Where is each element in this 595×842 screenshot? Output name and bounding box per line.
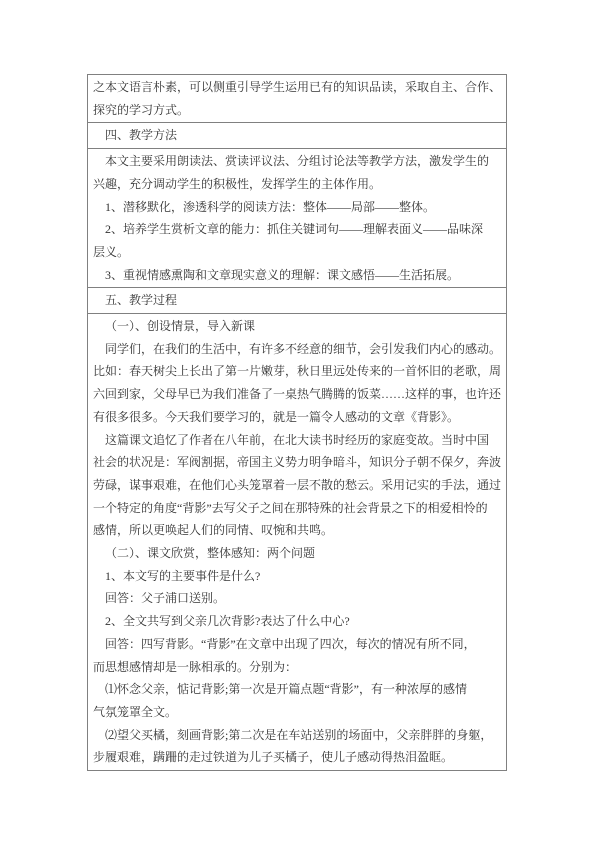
question-line: 2、全文共写到父亲几次背影?表达了什么中心? [93, 610, 501, 633]
subsection-heading: （二）、课文欣赏，整体感知：两个问题 [93, 542, 501, 565]
row-header-teaching-process: 五、教学过程 [88, 288, 506, 314]
text-line: 劳碌，谋事艰难，在他们心头笼罩着一层不散的愁云。采用记实的手法，通过 [93, 474, 501, 497]
list-item: ⑴怀念父亲，惦记背影;第一次是开篇点题“背影”，有一种浓厚的感情 [93, 678, 501, 701]
row-teaching-methods-content: 本文主要采用朗读法、赏读评议法、分组讨论法等教学方法，激发学生的 兴趣，充分调动… [88, 149, 506, 288]
section-heading: 五、教学过程 [93, 289, 501, 312]
list-item: 2、培养学生赏析文章的能力：抓住关键词句——理解表面义——品味深 [93, 218, 501, 241]
subsection-heading: （一）、创设情景，导入新课 [93, 315, 501, 338]
text-line: 社会的状况是：军阀割据，帝国主义势力明争暗斗，知识分子朝不保夕，奔波 [93, 451, 501, 474]
text-line: 之本文语言朴素，可以侧重引导学生运用已有的知识品读，采取自主、合作、 [93, 76, 501, 99]
text-line: 探究的学习方式。 [93, 99, 501, 122]
list-item: ⑵望父买橘，刻画背影;第二次是在车站送别的场面中，父亲胖胖的身躯， [93, 724, 501, 747]
question-line: 1、本文写的主要事件是什么? [93, 565, 501, 588]
text-line: 本文主要采用朗读法、赏读评议法、分组讨论法等教学方法，激发学生的 [93, 150, 501, 173]
text-line: 层义。 [93, 241, 501, 264]
document-page: 之本文语言朴素，可以侧重引导学生运用已有的知识品读，采取自主、合作、 探究的学习… [0, 0, 595, 842]
text-line: 这篇课文追忆了作者在八年前，在北大读书时经历的家庭变故。当时中国 [93, 429, 501, 452]
text-line: 步履艰难，蹒跚的走过铁道为儿子买橘子，使儿子感动得热泪盈眶。 [93, 746, 501, 769]
text-line: 有很多很多。今天我们要学习的，就是一篇令人感动的文章《背影》。 [93, 406, 501, 429]
answer-line: 回答：父子浦口送别。 [93, 587, 501, 610]
row-prep-continuation: 之本文语言朴素，可以侧重引导学生运用已有的知识品读，采取自主、合作、 探究的学习… [88, 75, 506, 123]
text-line: 一个特定的角度“背影”去写父子之间在那特殊的社会背景之下的相爱相怜的 [93, 497, 501, 520]
text-line: 六回到家，父母早已为我们准备了一桌热气腾腾的饭菜……这样的事，也许还 [93, 383, 501, 406]
text-line: 而思想感情却是一脉相承的。分别为： [93, 656, 501, 679]
list-item: 3、重视情感熏陶和文章现实意义的理解：课文感悟——生活拓展。 [93, 264, 501, 287]
row-teaching-process-content: （一）、创设情景，导入新课 同学们，在我们的生活中，有许多不经意的细节，会引发我… [88, 314, 506, 770]
text-line: 气氛笼罩全文。 [93, 701, 501, 724]
answer-line: 回答：四写背影。“背影”在文章中出现了四次，每次的情况有所不同， [93, 633, 501, 656]
lesson-plan-table: 之本文语言朴素，可以侧重引导学生运用已有的知识品读，采取自主、合作、 探究的学习… [87, 74, 507, 771]
text-line: 比如：春天树尖上长出了第一片嫩芽，秋日里远处传来的一首怀旧的老歌，周 [93, 360, 501, 383]
list-item: 1、潜移默化，渗透科学的阅读方法：整体——局部——整体。 [93, 196, 501, 219]
text-line: 兴趣，充分调动学生的积极性，发挥学生的主体作用。 [93, 173, 501, 196]
text-line: 感情，所以更唤起人们的同情、叹惋和共鸣。 [93, 519, 501, 542]
row-header-teaching-methods: 四、教学方法 [88, 123, 506, 149]
section-heading: 四、教学方法 [93, 124, 501, 147]
text-line: 同学们，在我们的生活中，有许多不经意的细节，会引发我们内心的感动。 [93, 338, 501, 361]
